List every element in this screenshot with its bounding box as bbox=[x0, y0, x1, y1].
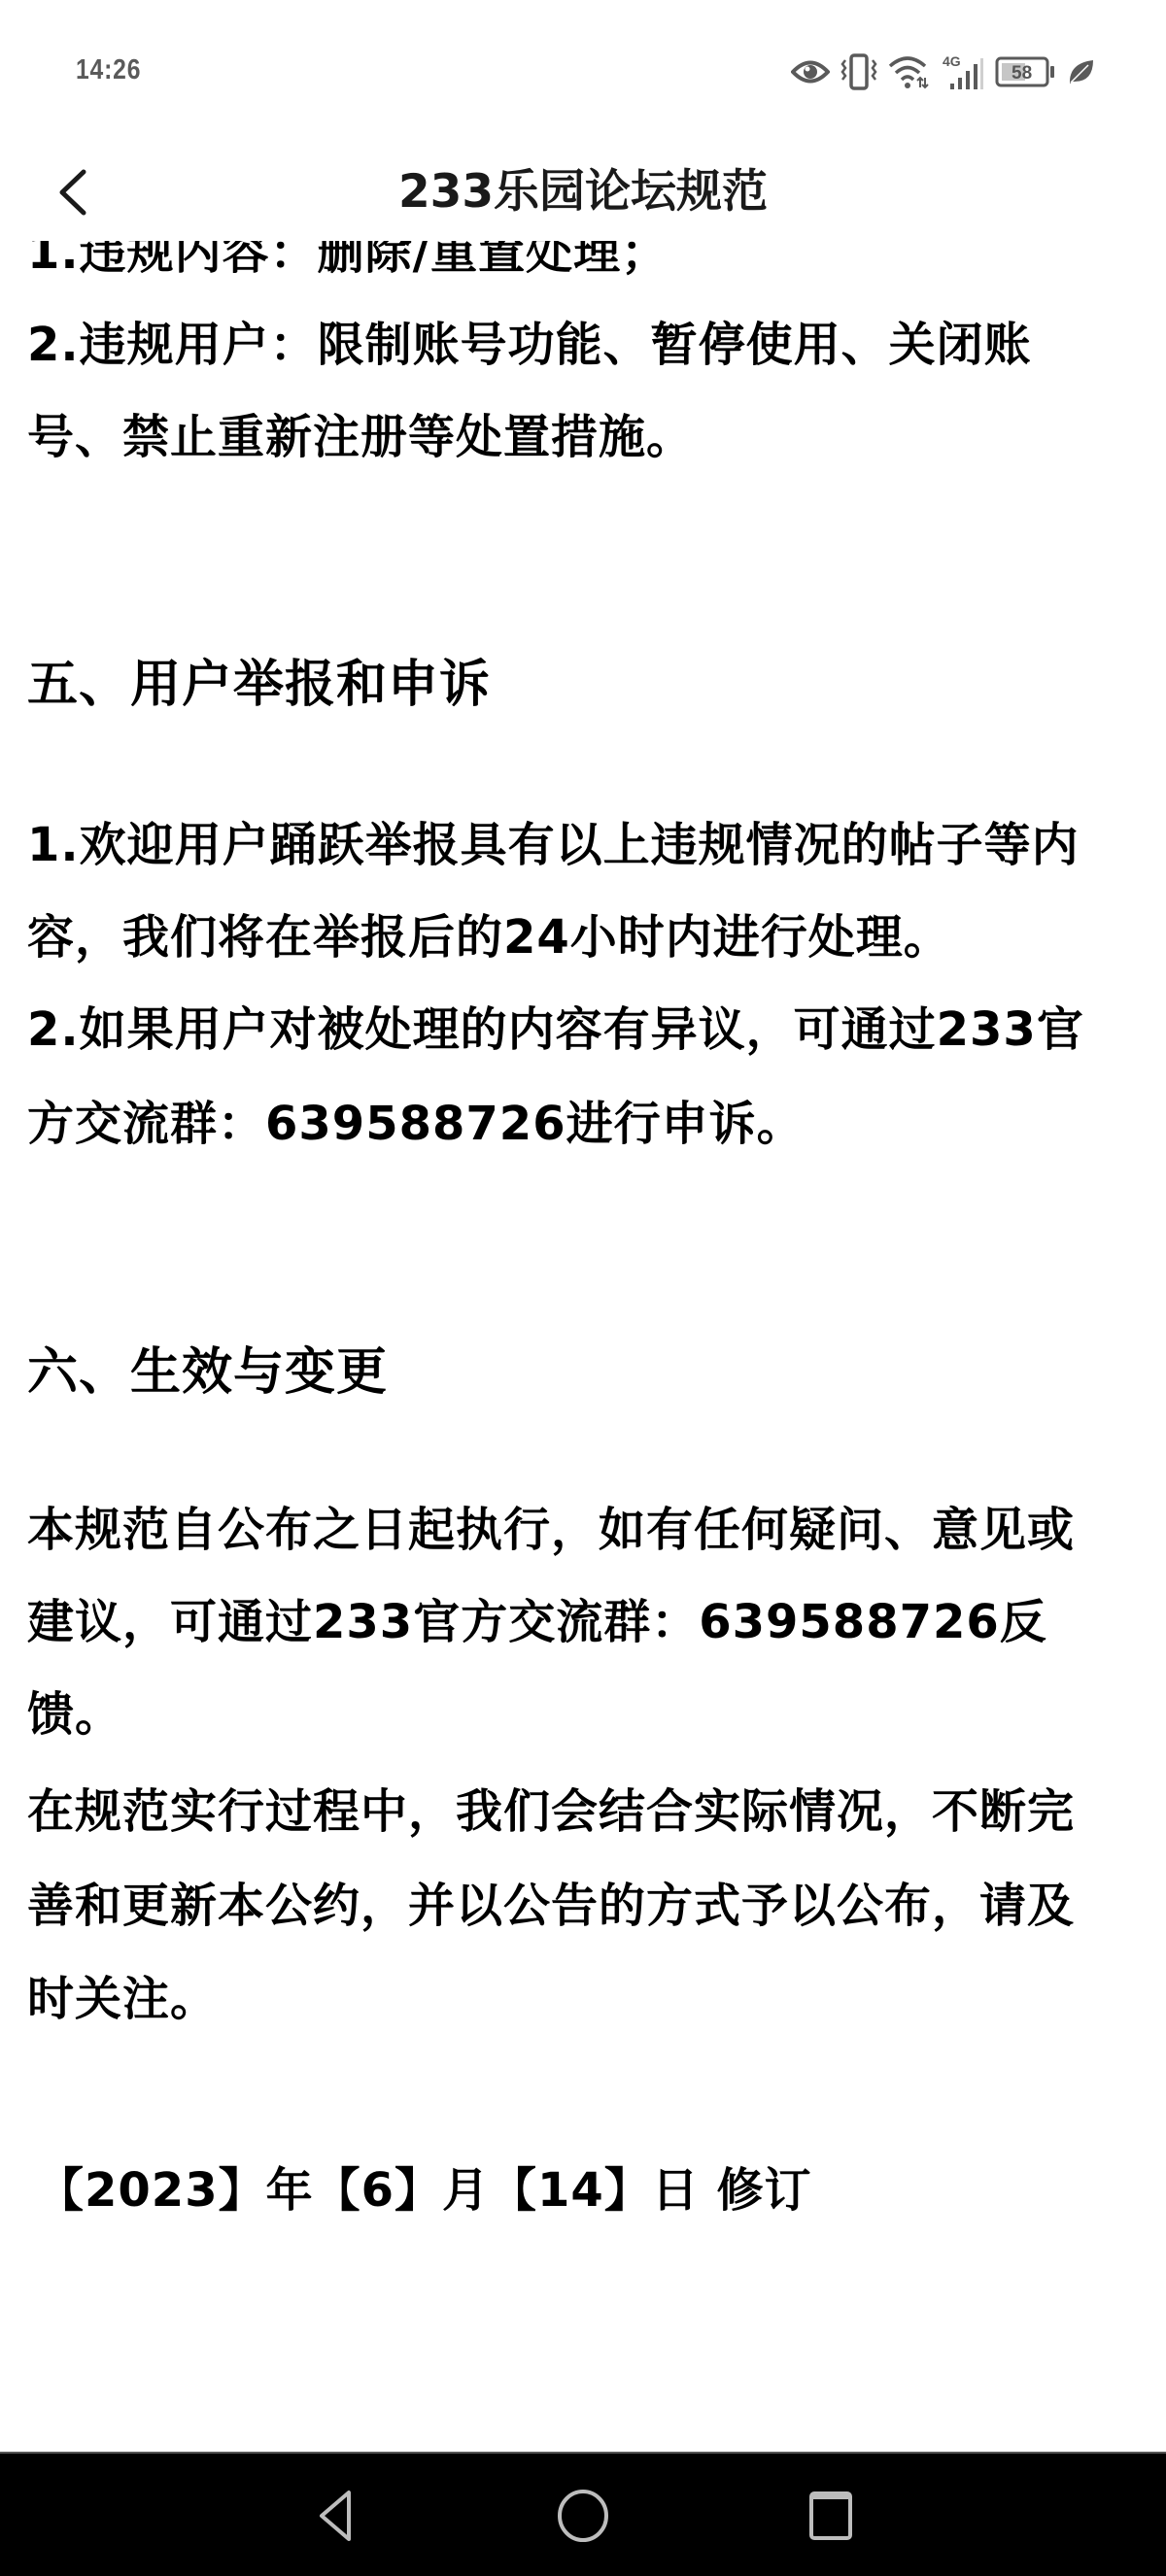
triangle-back-icon bbox=[306, 2530, 364, 2549]
rule-line: 善和更新本公约，并以公告的方式予以公布，请及 bbox=[27, 1877, 1075, 1935]
battery-level: 58 bbox=[1012, 63, 1032, 84]
rule-line: 容，我们将在举报后的24小时内进行处理。 bbox=[27, 908, 951, 966]
circle-home-icon bbox=[554, 2530, 612, 2549]
page-title: 233乐园论坛规范 bbox=[0, 155, 1166, 220]
rule-line: 时关注。 bbox=[27, 1970, 218, 2028]
rule-line: 2.违规用户：限制账号功能、暂停使用、关闭账 bbox=[27, 316, 1032, 374]
nav-back-button[interactable] bbox=[306, 2487, 364, 2545]
status-bar: 14:26 4G 58 bbox=[0, 0, 1166, 126]
eye-icon bbox=[791, 57, 830, 86]
rule-line: 建议，可通过233官方交流群：639588726反 bbox=[27, 1593, 1047, 1651]
rule-line: 在规范实行过程中，我们会结合实际情况，不断完 bbox=[27, 1782, 1075, 1841]
nav-recents-button[interactable] bbox=[802, 2487, 860, 2545]
rule-line: 号、禁止重新注册等处置措施。 bbox=[27, 408, 694, 466]
nav-home-button[interactable] bbox=[554, 2487, 612, 2545]
svg-text:4G: 4G bbox=[943, 53, 961, 69]
system-nav-bar bbox=[0, 2452, 1166, 2576]
revision-date: 【2023】年【6】月【14】日 修订 bbox=[37, 2161, 812, 2220]
status-time: 14:26 bbox=[76, 54, 141, 86]
rule-line: 2.如果用户对被处理的内容有异议，可通过233官 bbox=[27, 1000, 1084, 1059]
rule-line: 馈。 bbox=[27, 1685, 122, 1744]
status-icons: 4G 58 bbox=[791, 51, 1096, 93]
section-heading: 五、用户举报和申诉 bbox=[27, 656, 491, 714]
leaf-icon bbox=[1067, 57, 1096, 86]
vibrate-icon bbox=[840, 52, 878, 91]
rule-line: 方交流群：639588726进行申诉。 bbox=[27, 1095, 805, 1153]
4g-signal-icon: 4G bbox=[941, 52, 985, 91]
rule-line: 1.欢迎用户踊跃举报具有以上违规情况的帖子等内 bbox=[27, 816, 1080, 874]
section-heading: 六、生效与变更 bbox=[27, 1343, 388, 1402]
square-recents-icon bbox=[802, 2530, 860, 2549]
app-header: 233乐园论坛规范 bbox=[0, 126, 1166, 241]
rule-line: 本规范自公布之日起执行，如有任何疑问、意见或 bbox=[27, 1501, 1075, 1559]
battery-icon: 58 bbox=[995, 54, 1057, 89]
wifi-icon bbox=[888, 54, 931, 89]
